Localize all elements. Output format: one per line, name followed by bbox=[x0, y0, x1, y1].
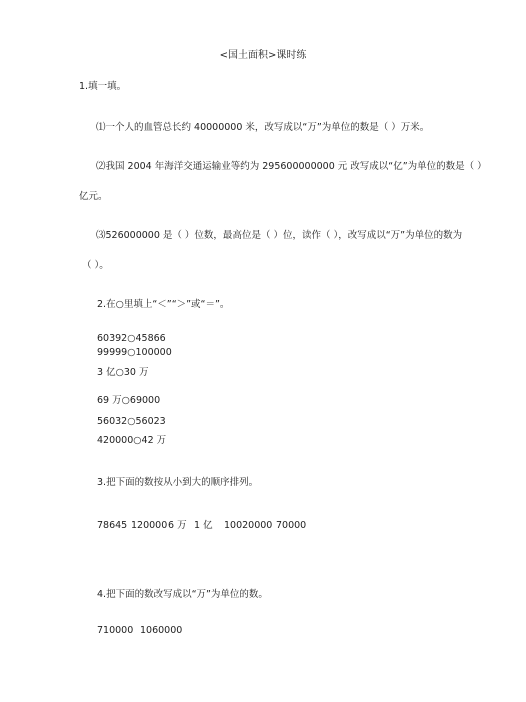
section1-question-2-line1: ⑵我国 2004 年海洋交通运输业等约为 295600000000 元 改写成以… bbox=[96, 162, 487, 172]
number-item: 78645 bbox=[97, 521, 127, 531]
section1-question-2-line2: 亿元。 bbox=[79, 192, 108, 202]
number-item: 120000 bbox=[131, 521, 167, 531]
section2-heading: 2.在○里填上“＜”“＞”或“＝”。 bbox=[97, 300, 229, 310]
number-item: 710000 bbox=[97, 626, 133, 636]
page-title: <国土面积>课时练 bbox=[0, 51, 526, 61]
section1-heading: 1.填一填。 bbox=[79, 82, 126, 92]
section1-question-1: ⑴一个人的血管总长约 40000000 米，改写成以“万”为单位的数是（ ）万米… bbox=[96, 123, 429, 133]
compare-item: 69 万○69000 bbox=[97, 396, 160, 406]
compare-item: 56032○56023 bbox=[97, 417, 166, 427]
section1-question-3-line1: ⑶526000000 是（ ）位数，最高位是（ ）位，读作（ ），改写成以“万”… bbox=[96, 231, 462, 241]
compare-item: 3 亿○30 万 bbox=[97, 368, 148, 378]
section4-heading: 4.把下面的数改写成以“万”为单位的数。 bbox=[97, 590, 268, 600]
number-item: 6 万 bbox=[168, 521, 187, 531]
number-item: 1060000 bbox=[140, 626, 182, 636]
compare-item: 420000○42 万 bbox=[97, 436, 166, 446]
section3-heading: 3.把下面的数按从小到大的顺序排列。 bbox=[97, 478, 258, 488]
number-item: 1 亿 bbox=[194, 521, 213, 531]
compare-item: 99999○100000 bbox=[97, 348, 172, 358]
section1-question-3-line2: （ ）。 bbox=[82, 261, 109, 271]
number-item: 70000 bbox=[276, 521, 306, 531]
number-item: 10020000 bbox=[224, 521, 272, 531]
compare-item: 60392○45866 bbox=[97, 334, 166, 344]
